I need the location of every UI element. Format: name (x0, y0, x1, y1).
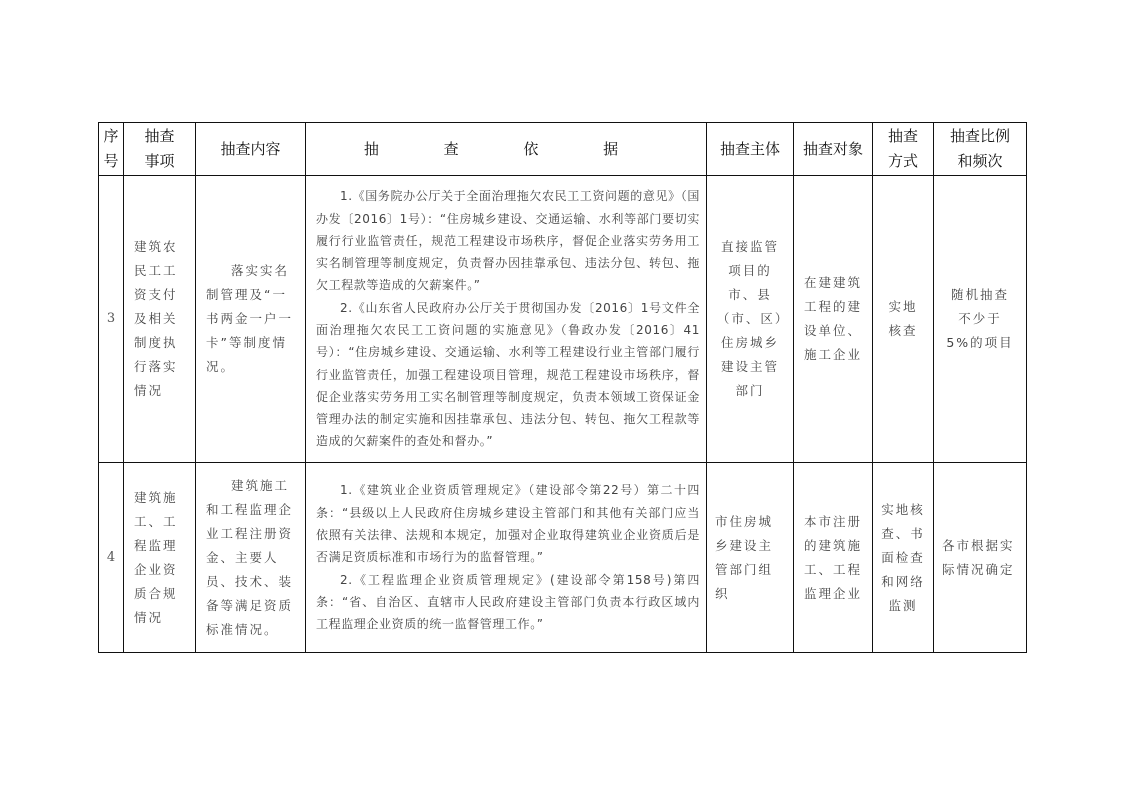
header-content: 抽查内容 (196, 123, 306, 176)
cell-item: 建筑农民工工资支付及相关制度执行落实情况 (124, 176, 196, 463)
header-method: 抽查方式 (873, 123, 934, 176)
basis-paragraph: 1.《国务院办公厅关于全面治理拖欠农民工工资问题的意见》（国办发〔2016〕1号… (316, 185, 700, 296)
cell-content: 落实实名制管理及“一书两金一户一卡”等制度情况。 (196, 176, 306, 463)
inspection-table: 序号 抽查事项 抽查内容 抽 查 依 据 抽查主体 抽查对象 抽查方式 抽查比例… (98, 122, 1027, 653)
cell-method: 实地核查、书面检查和网络监测 (873, 463, 934, 653)
cell-ratio: 各市根据实际情况确定 (934, 463, 1027, 653)
basis-paragraph: 2.《山东省人民政府办公厅关于贯彻国办发〔2016〕1号文件全面治理拖欠农民工工… (316, 297, 700, 453)
header-row: 序号 抽查事项 抽查内容 抽 查 依 据 抽查主体 抽查对象 抽查方式 抽查比例… (99, 123, 1027, 176)
header-seq: 序号 (99, 123, 124, 176)
basis-paragraph: 2.《工程监理企业资质管理规定》(建设部令第158号)第四条：“省、自治区、直辖… (316, 569, 700, 636)
cell-subject: 市住房城乡建设主管部门组织 (707, 463, 794, 653)
cell-item: 建筑施工、工程监理企业资质合规情况 (124, 463, 196, 653)
content-text: 建筑施工和工程监理企业工程注册资金、主要人员、技术、装备等满足资质标准情况。 (206, 474, 295, 642)
table-row: 4 建筑施工、工程监理企业资质合规情况 建筑施工和工程监理企业工程注册资金、主要… (99, 463, 1027, 653)
cell-subject: 直接监管项目的市、县（市、区）住房城乡建设主管部门 (707, 176, 794, 463)
content-text: 落实实名制管理及“一书两金一户一卡”等制度情况。 (206, 259, 295, 379)
cell-content: 建筑施工和工程监理企业工程注册资金、主要人员、技术、装备等满足资质标准情况。 (196, 463, 306, 653)
cell-object: 在建建筑工程的建设单位、施工企业 (794, 176, 873, 463)
cell-method: 实地核查 (873, 176, 934, 463)
basis-paragraph: 1.《建筑业企业资质管理规定》（建设部令第22号）第二十四条：“县级以上人民政府… (316, 479, 700, 568)
cell-seq: 3 (99, 176, 124, 463)
cell-object: 本市注册的建筑施工、工程监理企业 (794, 463, 873, 653)
header-object: 抽查对象 (794, 123, 873, 176)
cell-basis: 1.《国务院办公厅关于全面治理拖欠农民工工资问题的意见》（国办发〔2016〕1号… (306, 176, 707, 463)
header-subject: 抽查主体 (707, 123, 794, 176)
cell-ratio: 随机抽查不少于 5%的项目 (934, 176, 1027, 463)
header-item: 抽查事项 (124, 123, 196, 176)
cell-basis: 1.《建筑业企业资质管理规定》（建设部令第22号）第二十四条：“县级以上人民政府… (306, 463, 707, 653)
header-basis: 抽 查 依 据 (306, 123, 707, 176)
table-row: 3 建筑农民工工资支付及相关制度执行落实情况 落实实名制管理及“一书两金一户一卡… (99, 176, 1027, 463)
header-ratio: 抽查比例和频次 (934, 123, 1027, 176)
cell-seq: 4 (99, 463, 124, 653)
